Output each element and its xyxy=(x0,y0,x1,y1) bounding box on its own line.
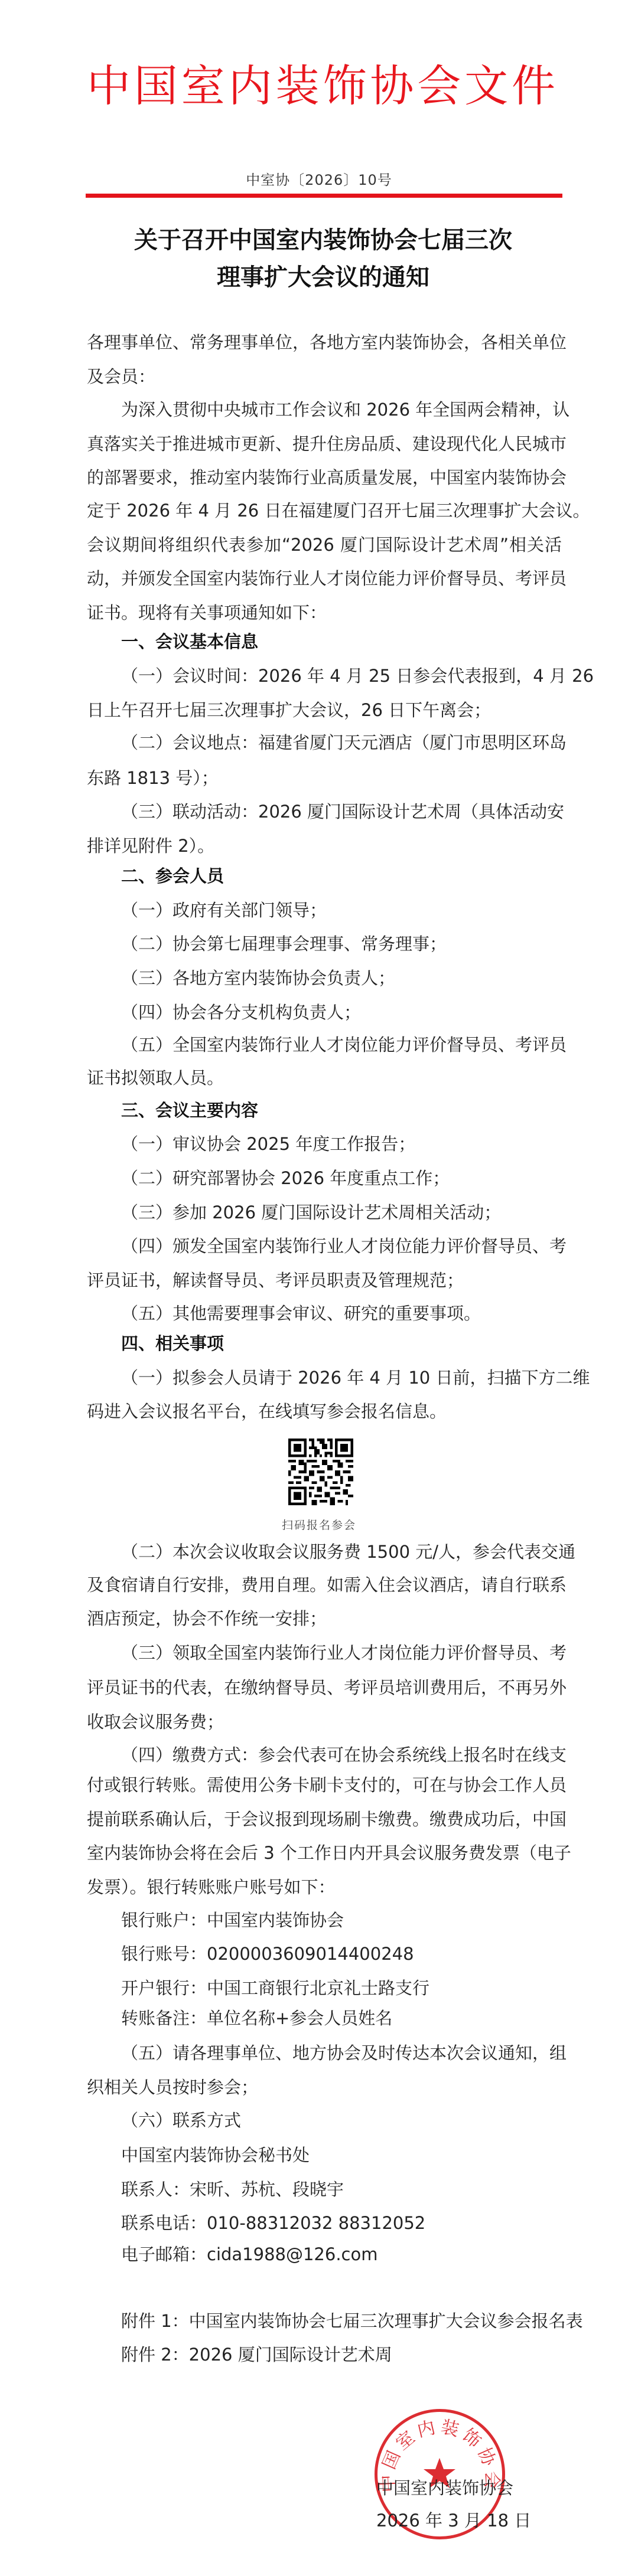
notice-title-line-1: 关于召开中国室内装饰协会七届三次 xyxy=(134,225,504,255)
section4-line: （六）联系方式 xyxy=(121,2108,562,2132)
section4-line: 室内装饰协会将在会后 3 个工作日内开具会议服务费发票（电子 xyxy=(87,1841,562,1865)
section4-line: （二）本次会议收取会议服务费 1500 元/人，参会代表交通 xyxy=(121,1540,562,1564)
section2-line: （五）全国室内装饰行业人才岗位能力评价督导员、考评员 xyxy=(121,1033,562,1057)
section2-line: （二）协会第七届理事会理事、常务理事； xyxy=(121,932,562,956)
registration-qr-code[interactable] xyxy=(288,1439,353,1505)
qr-caption: 扫码报名参会 xyxy=(0,1518,638,1533)
bank-account-number: 银行账号：0200003609014400248 xyxy=(121,1942,562,1966)
salutation-line: 各理事单位、常务理事单位，各地方室内装饰协会，各相关单位 xyxy=(87,331,562,354)
signature-org: 中国室内装饰协会 xyxy=(376,2476,507,2500)
intro-line: 真落实关于推进城市更新、提升住房品质、建设现代化人民城市 xyxy=(87,432,562,456)
salutation-line: 及会员： xyxy=(87,365,562,388)
section-heading-agenda: 三、会议主要内容 xyxy=(121,1099,562,1122)
section4-line: 及食宿请自行安排，费用自理。如需入住会议酒店，请自行联系 xyxy=(87,1573,562,1597)
contact-phone[interactable]: 联系电话：010-88312032 88312052 xyxy=(121,2211,562,2235)
section3-line: 评员证书，解读督导员、考评员职责及管理规范； xyxy=(87,1269,562,1292)
section1-line: 东路 1813 号）； xyxy=(87,766,562,790)
contact-email[interactable]: 电子邮箱：cida1988@126.com xyxy=(121,2242,562,2266)
section2-line: 证书拟领取人员。 xyxy=(87,1066,562,1090)
section3-line: （一）审议协会 2025 年度工作报告； xyxy=(121,1132,562,1156)
bank-branch: 开户银行：中国工商银行北京礼士路支行 xyxy=(121,1976,562,2000)
intro-line: 定于 2026 年 4 月 26 日在福建厦门召开七届三次理事扩大会议。 xyxy=(87,499,562,522)
section4-line: （五）请各理事单位、地方协会及时传达本次会议通知，组 xyxy=(121,2041,562,2065)
section4-line: 提前联系确认后，于会议报到现场刷卡缴费。缴费成功后，中国 xyxy=(87,1807,562,1831)
transfer-remark: 转账备注：单位名称+参会人员姓名 xyxy=(121,2006,562,2030)
section4-line: （四）缴费方式：参会代表可在协会系统线上报名时在线支 xyxy=(121,1743,562,1767)
bank-account-name: 银行账户：中国室内装饰协会 xyxy=(121,1908,562,1932)
section1-line: 排详见附件 2）。 xyxy=(87,834,562,858)
signature-date: 2026 年 3 月 18 日 xyxy=(376,2509,509,2532)
section1-line: （二）会议地点：福建省厦门天元酒店（厦门市思明区环岛 xyxy=(121,731,562,754)
section1-line: 日上午召开七届三次理事扩大会议，26 日下午离会； xyxy=(87,698,562,722)
intro-line: 为深入贯彻中央城市工作会议和 2026 年全国两会精神，认 xyxy=(121,398,562,421)
section4-line: 酒店预定，协会不作统一安排； xyxy=(87,1607,562,1630)
section3-line: （四）颁发全国室内装饰行业人才岗位能力评价督导员、考 xyxy=(121,1234,562,1258)
section4-line: 码进入会议报名平台，在线填写参会报名信息。 xyxy=(87,1400,562,1423)
section-heading-attendees: 二、参会人员 xyxy=(121,864,562,888)
red-divider xyxy=(86,194,562,198)
section4-line: 评员证书的代表，在缴纳督导员、考评员培训费用后，不再另外 xyxy=(87,1676,562,1699)
section3-line: （三）参加 2026 厦门国际设计艺术周相关活动； xyxy=(121,1201,562,1224)
section4-line: 付或银行转账。需使用公务卡刷卡支付的，可在与协会工作人员 xyxy=(87,1773,562,1797)
section3-line: （二）研究部署协会 2026 年度重点工作； xyxy=(121,1166,562,1190)
section-heading-related-matters: 四、相关事项 xyxy=(121,1332,562,1355)
section2-line: （三）各地方室内装饰协会负责人； xyxy=(121,966,562,990)
section3-line: （五）其他需要理事会审议、研究的重要事项。 xyxy=(121,1302,562,1325)
section4-line: 发票）。银行转账账户账号如下： xyxy=(87,1875,562,1899)
attachment-1[interactable]: 附件 1：中国室内装饰协会七届三次理事扩大会议参会报名表 xyxy=(121,2309,562,2333)
section4-line: 收取会议服务费； xyxy=(87,1710,562,1734)
section2-line: （一）政府有关部门领导； xyxy=(121,898,562,922)
section2-line: （四）协会各分支机构负责人； xyxy=(121,1001,562,1024)
section4-line: （三）领取全国室内装饰行业人才岗位能力评价督导员、考 xyxy=(121,1641,562,1665)
document-number: 中室协〔2026〕10号 xyxy=(0,170,638,190)
section-heading-basic-info: 一、会议基本信息 xyxy=(121,630,562,653)
contact-persons: 联系人：宋昕、苏杭、段晓宇 xyxy=(121,2178,562,2201)
notice-title-line-2: 理事扩大会议的通知 xyxy=(217,263,421,292)
intro-line: 证书。现将有关事项通知如下： xyxy=(87,601,562,625)
section4-line: 织相关人员按时参会； xyxy=(87,2075,562,2099)
intro-line: 的部署要求，推动室内装饰行业高质量发展，中国室内装饰协会 xyxy=(87,466,562,489)
section4-line: （一）拟参会人员请于 2026 年 4 月 10 日前，扫描下方二维 xyxy=(121,1366,562,1390)
section1-line: （一）会议时间：2026 年 4 月 25 日参会代表报到，4 月 26 xyxy=(121,664,562,688)
intro-line: 会议期间将组织代表参加“2026 厦门国际设计艺术周”相关活 xyxy=(87,533,562,557)
letterhead-title: 中国室内装饰协会文件 xyxy=(87,61,555,111)
section1-line: （三）联动活动：2026 厦门国际设计艺术周（具体活动安 xyxy=(121,800,562,823)
contact-office: 中国室内装饰协会秘书处 xyxy=(121,2143,562,2167)
attachment-2[interactable]: 附件 2：2026 厦门国际设计艺术周 xyxy=(121,2343,562,2366)
qr-code-icon xyxy=(288,1439,353,1505)
intro-line: 动，并颁发全国室内装饰行业人才岗位能力评价督导员、考评员 xyxy=(87,567,562,590)
